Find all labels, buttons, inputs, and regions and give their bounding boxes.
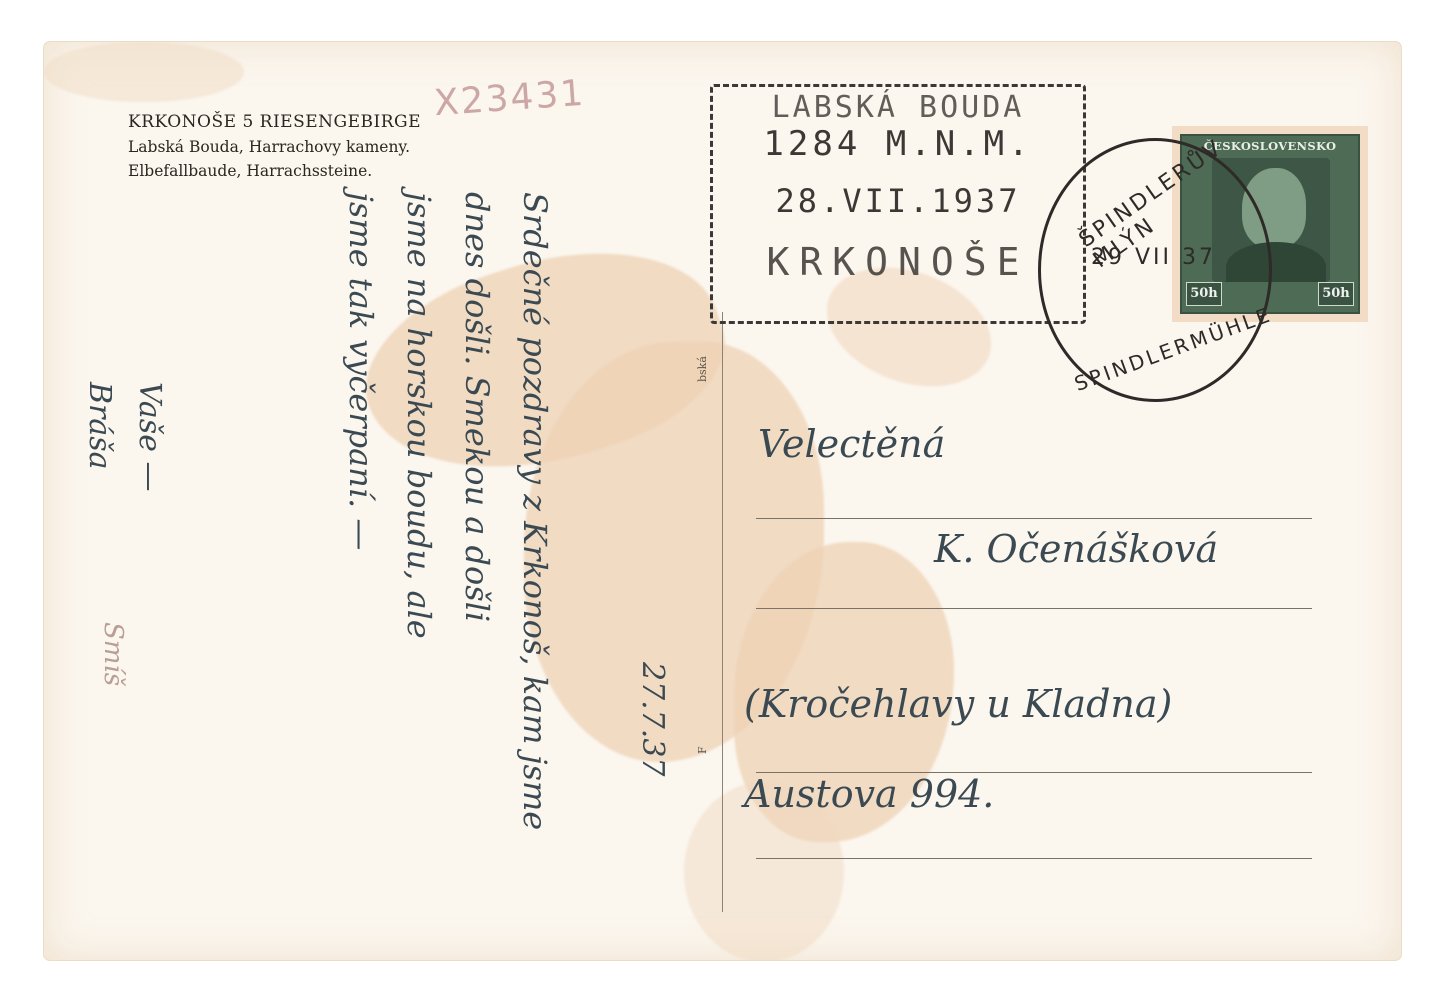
address-name: K. Očenášková (934, 527, 1218, 571)
divider-label: bská (696, 356, 709, 382)
address-street: Austova 994. (744, 772, 994, 816)
inventory-number: X23431 (433, 73, 587, 124)
message-date: 27.7.37 (635, 662, 670, 777)
address-rule (756, 608, 1312, 609)
stain (44, 42, 244, 102)
message-line: jsme na horskou boudu, ale (390, 192, 448, 752)
address-town: (Kročehlavy u Kladna) (744, 682, 1172, 726)
pencil-note: Smíš (98, 622, 128, 686)
divider-line (722, 312, 723, 912)
cancel-altitude: 1284 M.N.M. (713, 127, 1083, 161)
message-line: jsme tak vyčerpaní. — (332, 192, 390, 752)
cancel-location: LABSKÁ BOUDA (713, 93, 1083, 123)
message-line: Srdečné pozdravy z Krkonoš, kam jsme (506, 192, 564, 752)
message-signoff: Vaše — Bráša (74, 382, 174, 491)
message-signature: Bráša (74, 382, 124, 491)
address-salutation: Velectěná (758, 422, 945, 466)
machine-cancel: LABSKÁ BOUDA 1284 M.N.M. 28.VII.1937 KRK… (710, 84, 1086, 324)
handwritten-message: Srdečné pozdravy z Krkonoš, kam jsme dne… (144, 192, 564, 752)
postmark-date: 29 VII 37 (1091, 245, 1216, 270)
cancel-region: KRKONOŠE (713, 243, 1083, 281)
caption-german: Elbefallbaude, Harrachssteine. (128, 162, 421, 180)
caption-czech: Labská Bouda, Harrachovy kameny. (128, 138, 421, 156)
circular-postmark: ŠPINDLERŮV MLÝN 29 VII 37 SPINDLERMÜHLE (1038, 138, 1272, 402)
cancel-date: 28.VII.1937 (713, 185, 1083, 217)
address-rule (756, 858, 1312, 859)
address-rule (756, 518, 1312, 519)
postmark-bottom-text: SPINDLERMÜHLE (1071, 302, 1275, 396)
postcard: X23431 KRKONOŠE 5 RIESENGEBIRGE Labská B… (44, 42, 1401, 960)
caption-title: KRKONOŠE 5 RIESENGEBIRGE (128, 112, 421, 132)
message-line: dnes došli. Smekou a došli (448, 192, 506, 752)
printed-caption: KRKONOŠE 5 RIESENGEBIRGE Labská Bouda, H… (128, 112, 421, 180)
message-closing: Vaše — (124, 382, 174, 491)
stamp-value-right: 50h (1318, 282, 1354, 306)
divider-label: F (696, 746, 709, 754)
